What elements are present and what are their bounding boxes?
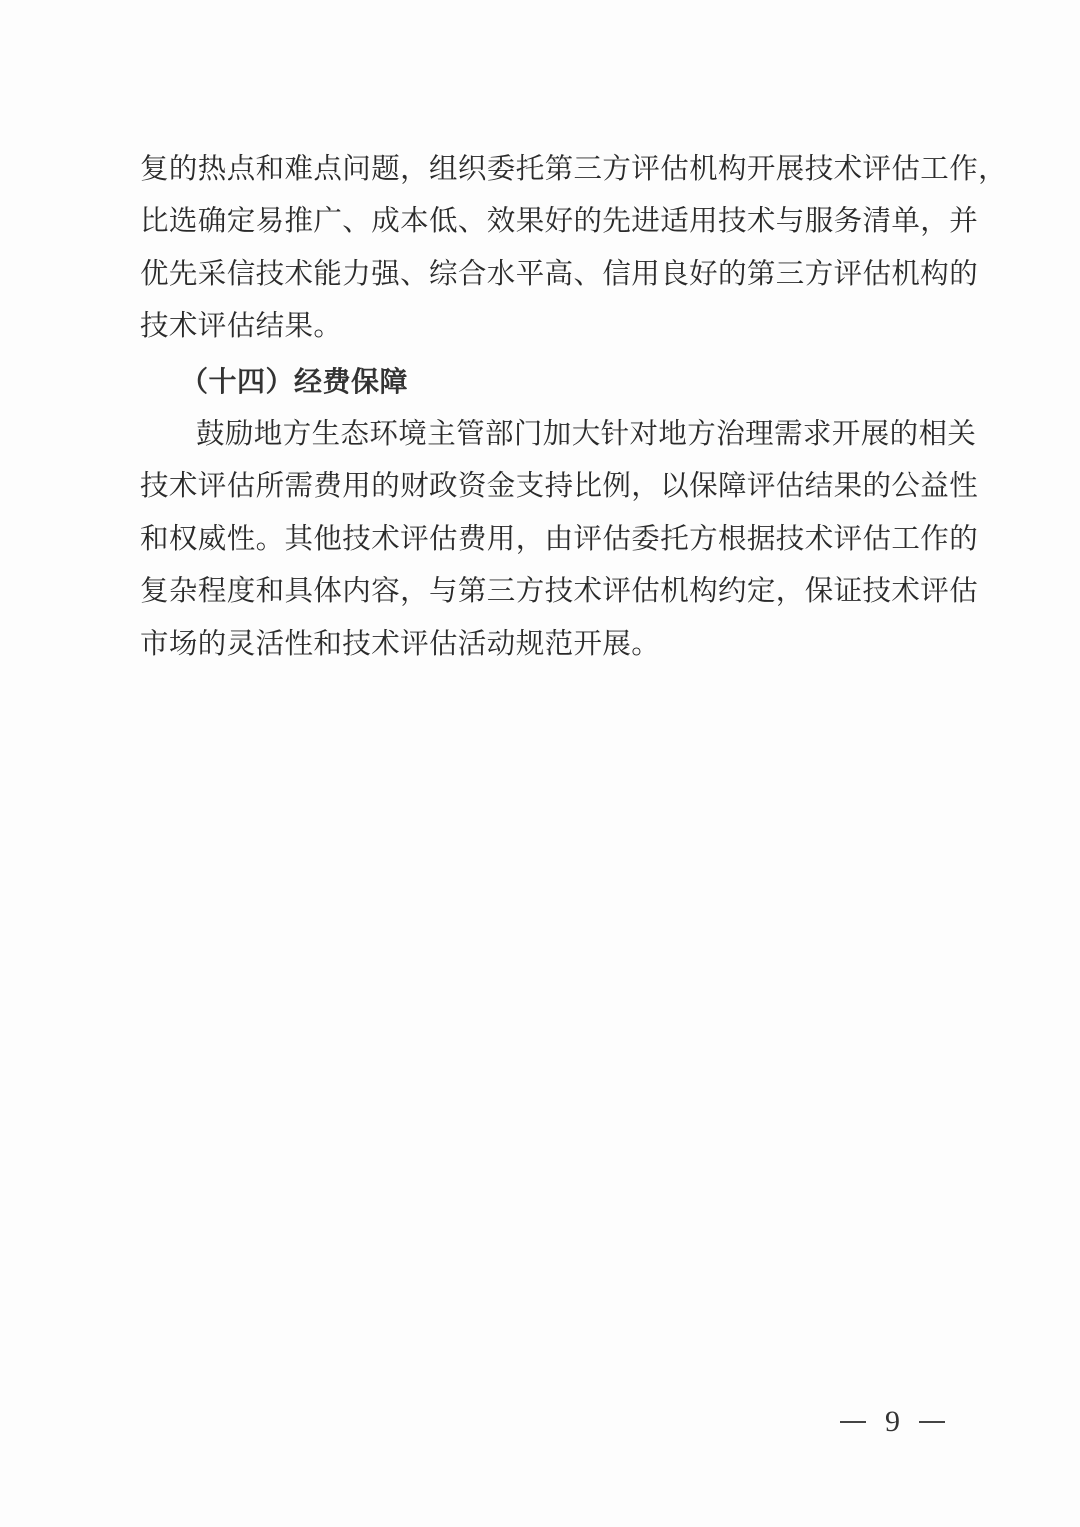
paragraph-line: 和权威性。其他技术评估费用，由评估委托方根据技术评估工作的 xyxy=(140,517,942,561)
paragraph-line: 技术评估结果。 xyxy=(140,304,942,348)
paragraph-line: 比选确定易推广、成本低、效果好的先进适用技术与服务清单，并 xyxy=(140,199,942,243)
paragraph-line: 鼓励地方生态环境主管部门加大针对地方治理需求开展的相关 xyxy=(196,412,942,456)
paragraph-line: 市场的灵活性和技术评估活动规范开展。 xyxy=(140,622,942,666)
dash-right xyxy=(919,1421,945,1423)
paragraph-line: 复杂程度和具体内容，与第三方技术评估机构约定，保证技术评估 xyxy=(140,569,942,613)
paragraph-line: 复的热点和难点问题，组织委托第三方评估机构开展技术评估工作， xyxy=(140,147,942,191)
section-heading: （十四）经费保障 xyxy=(180,360,408,404)
paragraph-line: 优先采信技术能力强、综合水平高、信用良好的第三方评估机构的 xyxy=(140,252,942,296)
page-number: 9 xyxy=(840,1402,945,1442)
page-number-value: 9 xyxy=(885,1405,900,1439)
dash-left xyxy=(840,1421,866,1423)
document-page: 复的热点和难点问题，组织委托第三方评估机构开展技术评估工作， 比选确定易推广、成… xyxy=(0,0,1080,1527)
paragraph-line: 技术评估所需费用的财政资金支持比例，以保障评估结果的公益性 xyxy=(140,464,942,508)
